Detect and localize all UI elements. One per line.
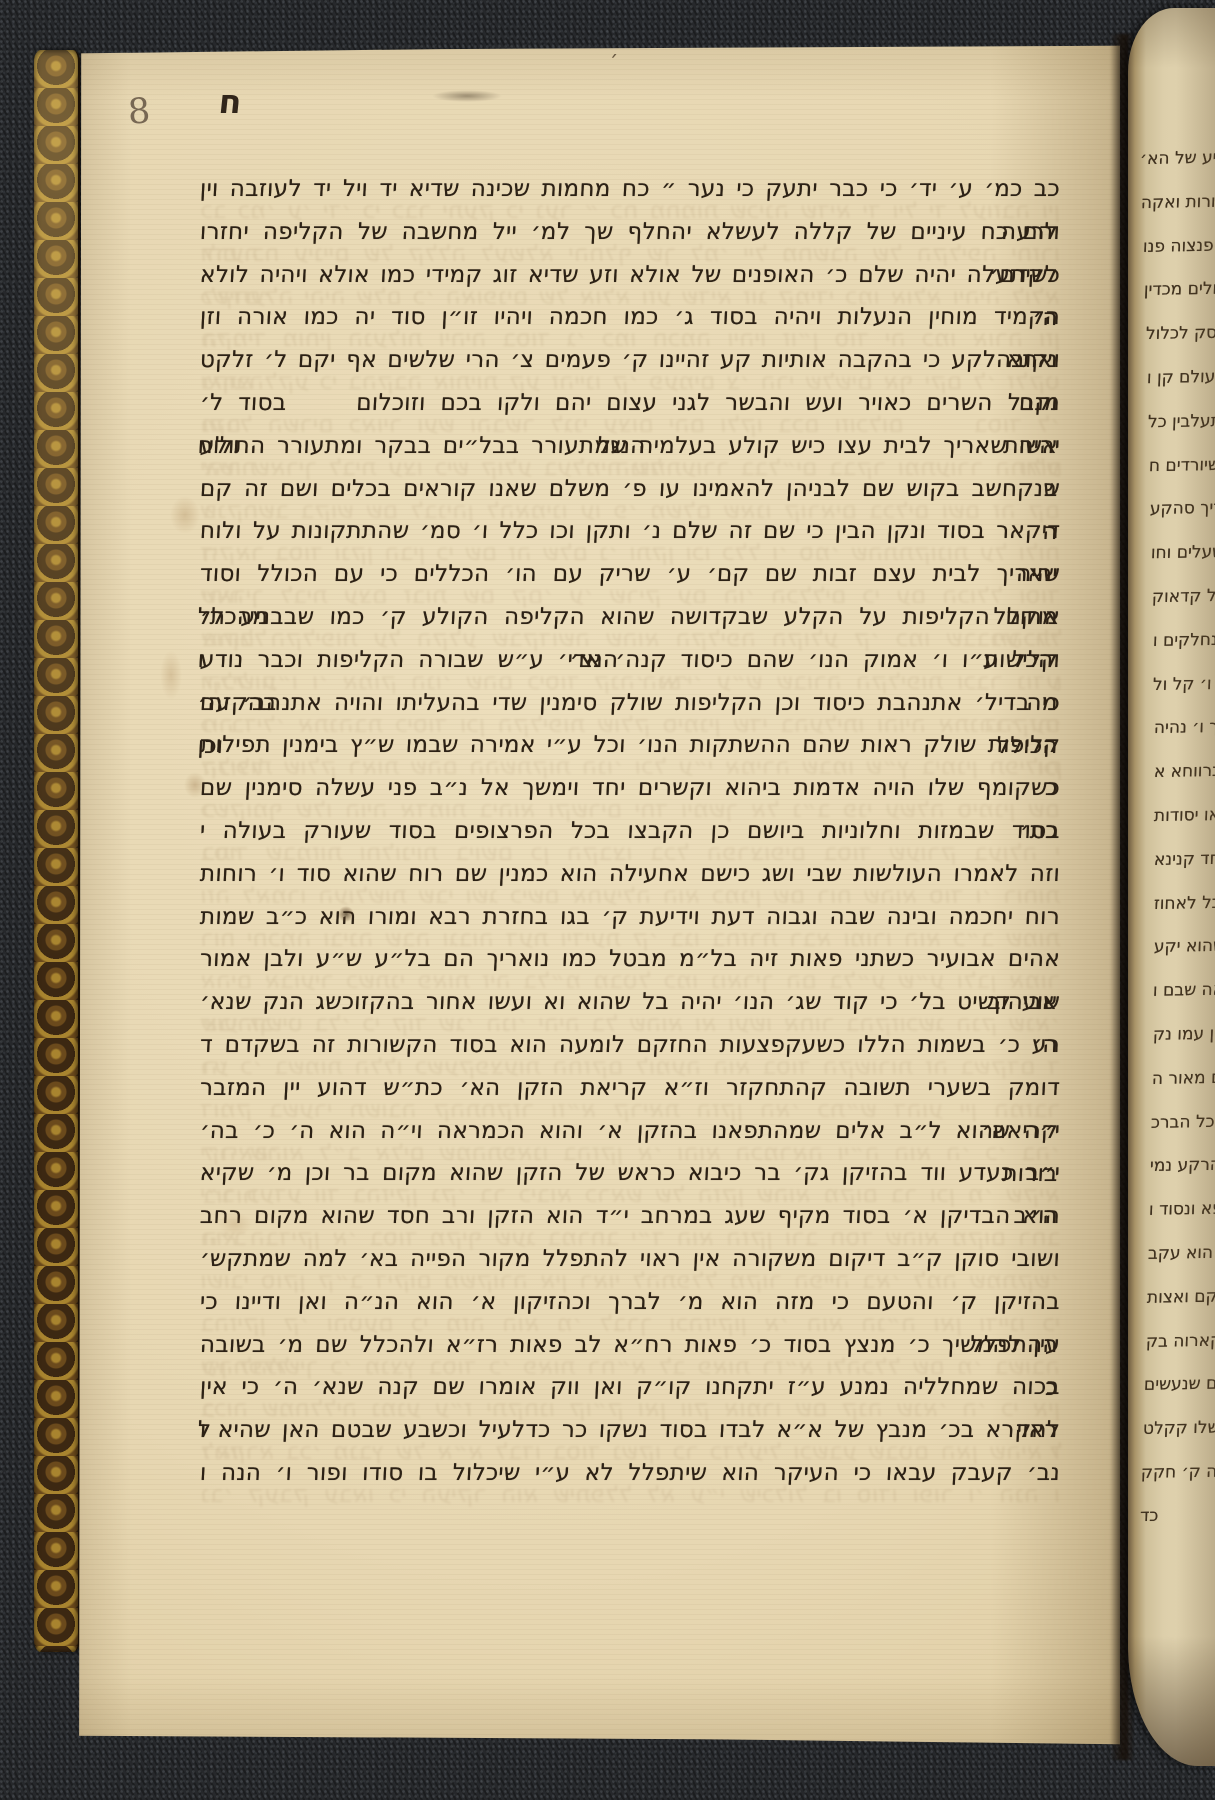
adjacent-page-line-fragment: שבפא ונסוד ו — [1149, 1198, 1215, 1220]
manuscript-line: והכל ע״ו ו׳ אמוק הנו׳ שהם כיסוד קנה׳ אדי… — [199, 639, 1061, 682]
foxing-stain — [160, 650, 182, 700]
manuscript-line: שנקחשב בקוש שם לבניהן להאמינו עו פ׳ משלם… — [199, 468, 1061, 511]
adjacent-page-line-fragment: דרשנין עמו נק — [1152, 1023, 1215, 1045]
manuscript-line: אוקם הקליפות על הקלע שבקדושה שהוא הקליפה… — [199, 596, 1061, 639]
adjacent-page-line-fragment: קיס שהוא יקע — [1153, 935, 1215, 957]
folio-number: 8 — [127, 91, 152, 132]
adjacent-page-line-fragment: עילאה שבם ו — [1153, 979, 1215, 1001]
manuscript-line: ושובי סוקן ק״ב דיקום משקורה אין ראוי להת… — [199, 1238, 1061, 1281]
manuscript-line: כשקומף שלו הויה אדמות ביהוא וקשרים יחד ו… — [199, 767, 1061, 810]
adjacent-page-line-fragment: א יהיה ק׳ חקק — [1141, 1461, 1215, 1483]
adjacent-page-line-fragment: וכל מ׳ נרווחא א — [1153, 760, 1215, 782]
adjacent-page-line-fragment: אל וכל אל קדאוק — [1151, 585, 1215, 607]
adjacent-page-line-fragment: קם קארוה בק — [1145, 1330, 1215, 1352]
adjacent-page-line-fragment: ע״י צנורות ואקה — [1141, 191, 1215, 213]
manuscript-line: שאריך לבית עצם זבות שם קם׳ ע׳ שריק עם הו… — [199, 553, 1061, 596]
adjacent-page-line-fragment: ולן קם ואצות — [1146, 1286, 1215, 1308]
manuscript-line: שוע קשיט בל׳ כי קוד שג׳ הנו׳ יהיה בל שהו… — [199, 981, 1061, 1024]
page-curl-shading — [1128, 8, 1215, 1766]
adjacent-page-line-fragment: שנעשים מאור ה — [1151, 1067, 1215, 1089]
manuscript-line: קליפות שולק ראות שהם ההשתקות הנו׳ וכל ע״… — [199, 724, 1061, 767]
adjacent-page-line-fragment: אב נעשך ו׳ נהיה — [1153, 716, 1215, 738]
adjacent-page-line-fragment: בפלאות מתעלבין כל — [1148, 410, 1215, 433]
adjacent-page-line-fragment: עבדים כל לאחוז — [1153, 892, 1215, 914]
manuscript-line: כב כמ׳ ע׳ יד׳ כי כבר יתעק כי נער ״ כח מח… — [199, 168, 1061, 211]
manuscript-page: 8 ח ׳ כב כמ׳ ע׳ יד׳ כי כבר יתעק כי נער ״… — [76, 44, 1120, 1746]
adjacent-page-line-fragment: בע וקס ו׳ קל ול — [1153, 673, 1215, 695]
adjacent-page-line-fragment: ה מברסק לכלול — [1145, 322, 1215, 344]
adjacent-page-line-fragment: ק וספנצוה פנו — [1142, 235, 1215, 257]
adjacent-page-line-fragment: ואקוקס שיורדים ח — [1149, 453, 1215, 475]
manuscript-line: כי בדיל׳ אתנהבת כיסוד וכן הקליפות שולק ס… — [199, 682, 1061, 725]
manuscript-line: דומק בשערי תשובה קהתחקזר וז״א קריאת הזקן… — [199, 1067, 1061, 1110]
manuscript-line: בכוה שמחלליה נמנע ע״ז יתקחנו קו״ק ואן וו… — [199, 1366, 1061, 1409]
manuscript-line: להקרא בכ׳ מנבץ של א״א לבדו בסוד נשקו כר … — [199, 1409, 1061, 1452]
stray-ink-mark: ׳ — [610, 46, 618, 70]
edge-smudge — [432, 90, 502, 102]
manuscript-line: רוח יחכמה ובינה שבה וגבוה דעת וידיעת ק׳ … — [199, 896, 1061, 939]
adjacent-page-line-fragment: בנפיס לאו יסודות — [1154, 804, 1215, 826]
book-photo: 8 ח ׳ כב כמ׳ ע׳ יד׳ כי כבר יתעק כי נער ״… — [0, 0, 1215, 1800]
adjacent-page-line-fragment: הנעל ונחלקים ו — [1152, 629, 1215, 651]
manuscript-line: י״ב כעדע ווד בהזיקן גק׳ בר כיבוא כראש של… — [199, 1152, 1061, 1195]
manuscript-line: נב׳ קעבק עבאו כי העיקר הוא שיתפלל לא ע״י… — [199, 1452, 1061, 1495]
manuscript-line: י״ה שהוא ל״ב אלים שמהתפאנו בהזקן א׳ והוא… — [199, 1110, 1061, 1153]
manuscript-line: אהים אבועיר כשתני פאות זיה בל״מ מבטל כמו… — [199, 938, 1061, 981]
adjacent-page-line-fragment: בא שלו קקלט — [1142, 1417, 1215, 1439]
adjacent-page-line-fragment: הנקבים שעלים וחו — [1151, 541, 1215, 563]
manuscript-text-block: כב כמ׳ ע׳ יד׳ כי כבר יתעק כי נער ״ כח מח… — [200, 168, 1060, 1495]
manuscript-line: דיקאר בסוד ונקן הבין כי שם זה שלם נ׳ ותק… — [199, 510, 1061, 553]
adjacent-page-line-fragment: עשיבו מעולם קן ו — [1146, 366, 1215, 388]
manuscript-line: יהיה שאריך לבית עצו כיש קולע בעלמיה שמתע… — [199, 425, 1061, 468]
manuscript-line: בסוד שבמזות וחלוניות ביושם כן הקבצו בכל … — [199, 810, 1061, 853]
adjacent-page-line-fragment: ד וכד חד קנינא — [1154, 848, 1215, 870]
adjacent-page-line-fragment: דיקני הרקע נמי — [1150, 1154, 1215, 1176]
adjacent-page-line-fragment: כד — [1140, 1506, 1159, 1526]
adjacent-page-line-fragment: עקב הוא עקב — [1148, 1242, 1215, 1264]
manuscript-line: ואתא לקע כי בהקבה אותיות קע זהיינו ק׳ פע… — [199, 339, 1061, 382]
manuscript-line: רע כ׳ בשמות הללו כשעקפצעות החזקם לומעה ה… — [199, 1024, 1061, 1067]
manuscript-line: בהזיקן ק׳ והטעם כי מזה הוא מ׳ לברך וכהזי… — [199, 1281, 1061, 1324]
manuscript-line: עין להמשיך כ׳ מנצץ בסוד כ׳ פאות רח״א לב … — [199, 1324, 1061, 1367]
manuscript-line: והם כח עיניים של קללה לעשלא יהחלף שך למ׳… — [199, 211, 1061, 254]
manuscript-line: מנבל השרים כאויר ועש והבשר לגני עצום יהם… — [199, 382, 1061, 425]
adjacent-page: לך רקיע של הא׳ע״י צנורות ואקהק וספנצוה פ… — [1128, 8, 1215, 1766]
manuscript-line: הקמיד מוחין הנעלות ויהיה בסוד ג׳ כמו חכמ… — [199, 296, 1061, 339]
adjacent-page-line-fragment: אבי עולים מכדין — [1144, 278, 1215, 300]
gilt-spine-edge — [34, 50, 80, 1652]
adjacent-page-line-fragment: לך רקיע של הא׳ — [1140, 147, 1215, 169]
quire-mark: ח — [217, 82, 244, 121]
foxing-stain — [170, 496, 200, 534]
adjacent-page-line-fragment: אונים שנעשים — [1144, 1374, 1215, 1396]
manuscript-line: וזה לאמרו העולשות שבי ושג כישם אחעילה הו… — [199, 853, 1061, 896]
manuscript-line: הוא הבדיקן א׳ בסוד מקיף שעג במרחב י״ד הו… — [199, 1195, 1061, 1238]
adjacent-page-line-fragment: לעיל וכל הברכ — [1151, 1111, 1215, 1133]
manuscript-line: כשיתעלה יהיה שלם כ׳ האופנים של אולא וזע … — [199, 254, 1061, 297]
adjacent-page-line-fragment: בבס וכריך סהקע — [1150, 497, 1215, 519]
